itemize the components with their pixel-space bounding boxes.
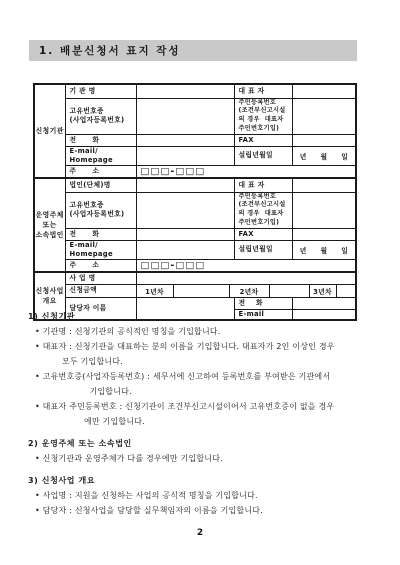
- note-bullet: • 기관명 : 신청기관의 공식적인 명칭을 기입합니다.: [28, 324, 376, 339]
- section-label-applicant: 신청기관: [34, 84, 65, 178]
- zip-code-boxes: □□□-□□□: [136, 165, 356, 178]
- tel-2-value-cell: [136, 228, 234, 240]
- note-bullet: • 대표자 : 신청기관을 대표하는 분의 이름을 기입합니다. 대표자가 2인…: [28, 339, 376, 369]
- field-label-unique-no-2: 고유번호증 (사업자등록번호): [65, 192, 136, 228]
- email-homepage-2-value-cell: [136, 240, 234, 259]
- application-form-table: 신청기관 기 관 명 대 표 자 고유번호증 (사업자등록번호) 주민등록번호 …: [33, 83, 357, 321]
- field-label-tel-2: 전 화: [65, 228, 136, 240]
- note-block-applicant: 1) 신청기관 • 기관명 : 신청기관의 공식적인 명칭을 기입합니다. • …: [28, 309, 376, 429]
- representative-value-cell: [292, 84, 356, 98]
- org-name-value-cell: [136, 84, 234, 98]
- field-label-resident-no: 주민등록번호 (조건부신고시설 의 경우 대표자 주민번호기입): [234, 98, 292, 134]
- amount-by-year-row: 1년차 2년차 3년차: [136, 284, 356, 297]
- founding-date-2-value-cell: 년 월 일: [292, 240, 356, 259]
- section-label-operator: 운영주체 또는 소속법인: [34, 178, 65, 272]
- representative-2-value-cell: [292, 178, 356, 192]
- tel-value-cell: [136, 134, 234, 146]
- note-heading: 2) 운영주체 또는 소속법인: [28, 436, 376, 451]
- field-label-corp-name: 법인(단체)명: [65, 178, 136, 192]
- year3-amount-value-cell: [337, 285, 356, 297]
- field-label-email-homepage: E-mail/ Homepage: [65, 146, 136, 165]
- unique-no-value-cell: [136, 98, 234, 134]
- field-label-year2: 2년차: [230, 285, 270, 297]
- year2-amount-value-cell: [270, 285, 310, 297]
- field-label-address-2: 주 소: [65, 259, 136, 272]
- note-bullet: • 사업명 : 지원을 신청하는 사업의 공식적 명칭을 기입합니다.: [28, 488, 376, 503]
- field-label-fax: FAX: [234, 134, 292, 146]
- field-label-email-homepage-2: E-mail/ Homepage: [65, 240, 136, 259]
- field-label-resident-no-2: 주민등록번호 (조건부신고시설 의 경우 대표자 주민번호기입): [234, 192, 292, 228]
- section-title-bar: 1. 배분신청서 표지 작성: [29, 40, 357, 61]
- note-bullet: • 대표자 주민등록번호 : 신청기관이 조건부신고시설이어서 고유번호증이 없…: [28, 399, 376, 429]
- field-label-org-name: 기 관 명: [65, 84, 136, 98]
- note-bullet: • 신청기관과 운영주체가 다를 경우에만 기입합니다.: [28, 451, 376, 466]
- corp-name-value-cell: [136, 178, 234, 192]
- field-label-founding-date: 설립년월일: [234, 146, 292, 165]
- field-label-request-amount: 신청금액: [65, 284, 136, 297]
- email-homepage-value-cell: [136, 146, 234, 165]
- field-label-project-name: 사 업 명: [65, 272, 136, 284]
- project-name-value-cell: [136, 272, 356, 284]
- field-label-address: 주 소: [65, 165, 136, 178]
- note-bullet: • 담당자 : 신청사업을 담당할 실무책임자의 이름을 기입합니다.: [28, 503, 376, 518]
- zip-code-boxes-2: □□□-□□□: [136, 259, 356, 272]
- note-heading: 1) 신청기관: [28, 309, 376, 324]
- field-label-year1: 1년차: [137, 285, 174, 297]
- manager-tel-value-cell: [292, 297, 356, 309]
- note-bullet: • 고유번호증(사업자등록번호) : 세무서에 신고하여 등록번호를 부여받은 …: [28, 369, 376, 399]
- field-label-tel: 전 화: [65, 134, 136, 146]
- resident-no-2-value-cell: [292, 192, 356, 228]
- field-label-manager-tel: 전 화: [234, 297, 292, 309]
- unique-no-2-value-cell: [136, 192, 234, 228]
- page-number: 2: [0, 528, 400, 538]
- year1-amount-value-cell: [174, 285, 230, 297]
- founding-date-value-cell: 년 월 일: [292, 146, 356, 165]
- document-page: 1. 배분신청서 표지 작성 신청기관 기 관 명 대 표 자 고유번호증 (사…: [0, 0, 400, 565]
- field-label-representative: 대 표 자: [234, 84, 292, 98]
- field-label-founding-date-2: 설립년월일: [234, 240, 292, 259]
- note-block-project: 3) 신청사업 개요 • 사업명 : 지원을 신청하는 사업의 공식적 명칭을 …: [28, 473, 376, 518]
- fax-2-value-cell: [292, 228, 356, 240]
- field-label-fax-2: FAX: [234, 228, 292, 240]
- note-heading: 3) 신청사업 개요: [28, 473, 376, 488]
- field-label-year3: 3년차: [310, 285, 337, 297]
- page-title: 1. 배분신청서 표지 작성: [39, 43, 181, 58]
- resident-no-value-cell: [292, 98, 356, 134]
- field-label-unique-no: 고유번호증 (사업자등록번호): [65, 98, 136, 134]
- note-block-operator: 2) 운영주체 또는 소속법인 • 신청기관과 운영주체가 다를 경우에만 기입…: [28, 436, 376, 466]
- instruction-notes: 1) 신청기관 • 기관명 : 신청기관의 공식적인 명칭을 기입합니다. • …: [28, 309, 376, 525]
- field-label-representative-2: 대 표 자: [234, 178, 292, 192]
- fax-value-cell: [292, 134, 356, 146]
